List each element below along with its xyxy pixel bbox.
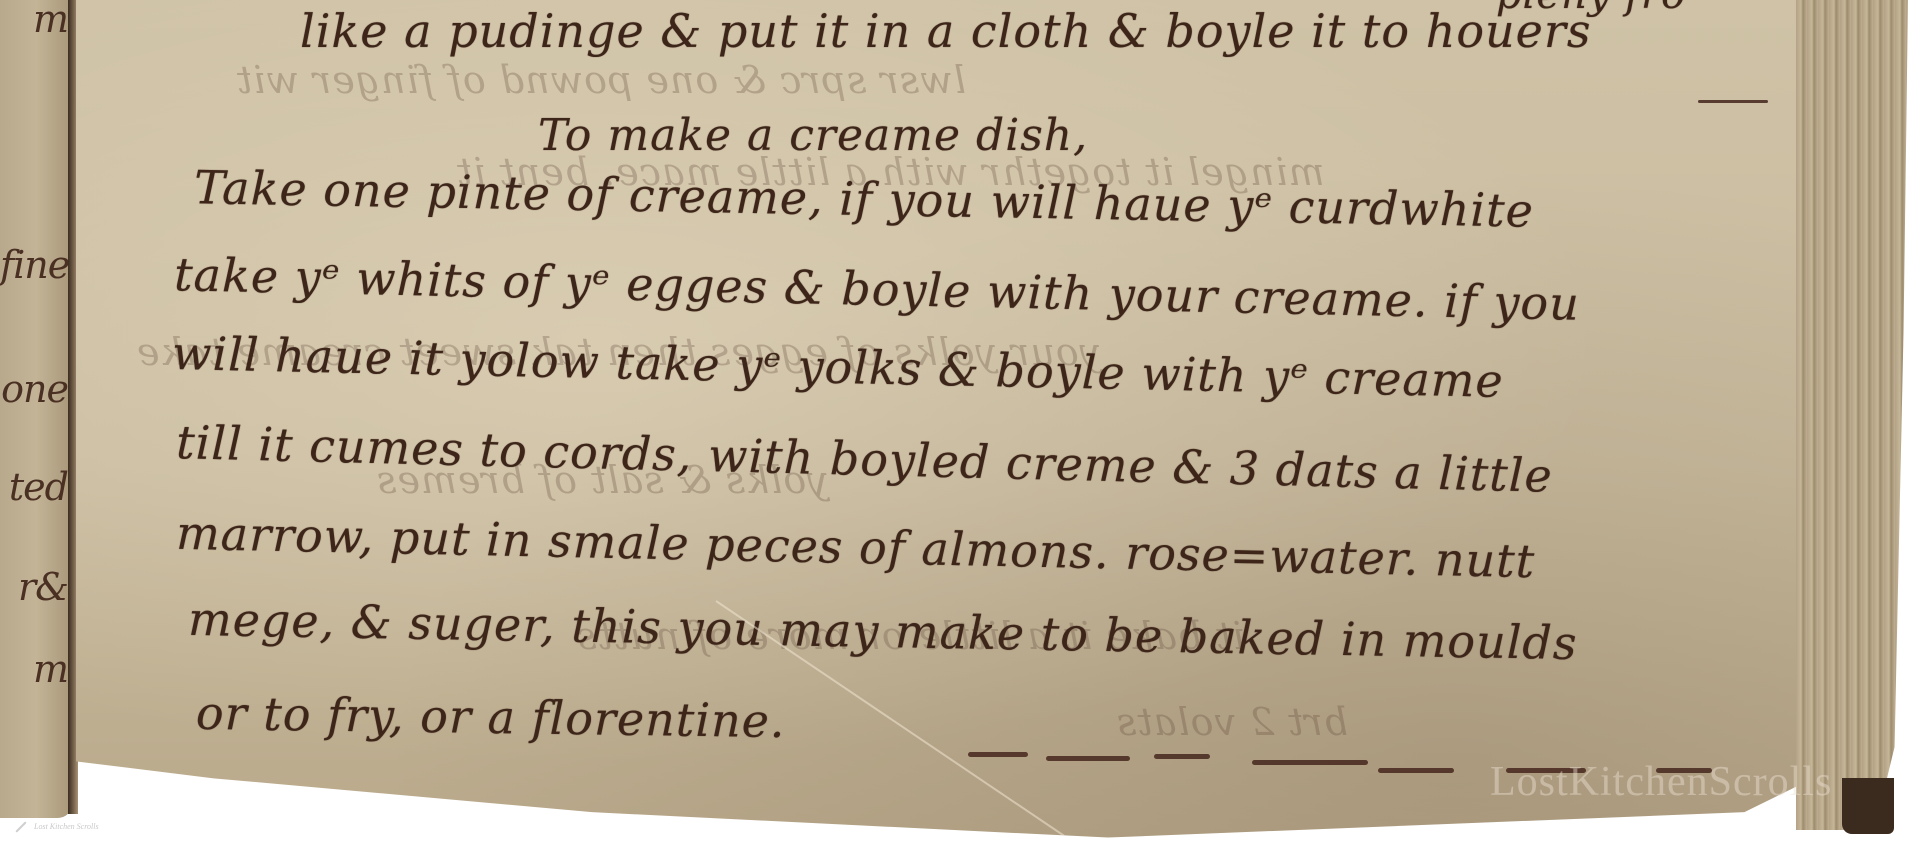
left-page-fragment: fine xyxy=(0,246,72,284)
book-cover-corner xyxy=(1842,778,1894,834)
closing-dash xyxy=(1252,760,1368,765)
bleed-through-text: brt 2 volats xyxy=(1116,700,1348,744)
recipe-continuation-line: like a pudinge & put it in a cloth & boy… xyxy=(300,4,1591,58)
closing-dash xyxy=(968,752,1028,757)
closing-dash xyxy=(1154,754,1210,759)
left-page-fragment: ted xyxy=(0,468,72,506)
credit-text: Lost Kitchen Scrolls xyxy=(34,822,99,831)
watermark: LostKitchenScrolls xyxy=(1490,758,1832,806)
top-fragment-line: pleny fro xyxy=(1496,0,1686,18)
recipe-line: or to fry, or a florentine. xyxy=(196,686,786,748)
closing-dash xyxy=(1046,756,1130,761)
left-page-fragment: m xyxy=(0,0,72,38)
page-edges-stack xyxy=(1796,0,1908,830)
recipe-title: To make a creame dish, xyxy=(538,110,1088,161)
left-page-fragment: one xyxy=(0,370,72,408)
left-page-fragment: m xyxy=(0,650,72,688)
recipe-line: mege, & suger, this you may make to be b… xyxy=(188,592,1578,670)
left-page-fragment: r& xyxy=(0,568,72,606)
recipe-line: Take one pinte of creame, if you will ha… xyxy=(194,160,1535,237)
recipe-line: take yᵉ whits of yᵉ egges & boyle with y… xyxy=(174,247,1581,330)
line-end-flourish xyxy=(1698,100,1768,103)
recipe-line: marrow, put in smale peces of almons. ro… xyxy=(176,506,1536,588)
manuscript-page: lwsr sprc & one pownd of finger wit ming… xyxy=(76,0,1796,846)
closing-dash xyxy=(1378,768,1454,773)
bleed-through-text: lwsr sprc & one pownd of finger wit xyxy=(236,58,966,102)
left-facing-page: m fine one ted r& m xyxy=(0,0,72,818)
spoon-icon xyxy=(15,821,26,832)
credit-mark: Lost Kitchen Scrolls xyxy=(14,822,99,831)
